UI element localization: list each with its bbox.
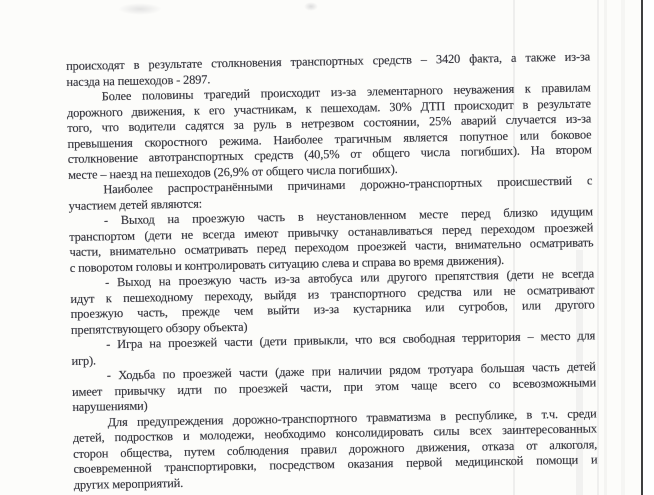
scan-smudge (304, 2, 318, 11)
document-text: происходят в результате столкновения тра… (66, 49, 598, 493)
scan-streak (597, 0, 599, 495)
paragraph: - Выход на проезжую часть из-за автобуса… (70, 266, 595, 338)
paragraph: Более половины трагедий происходит из-за… (67, 80, 593, 183)
scan-streak (604, 0, 607, 495)
paragraph: Для предупреждения дорожно-транспортного… (73, 406, 598, 493)
scan-smudge (118, 3, 162, 15)
scan-right-margin (643, 0, 654, 495)
document-page: происходят в результате столкновения тра… (0, 0, 643, 495)
scan-streak (621, 0, 625, 495)
paragraph: - Выход на проезжую часть в неустановлен… (69, 204, 594, 276)
